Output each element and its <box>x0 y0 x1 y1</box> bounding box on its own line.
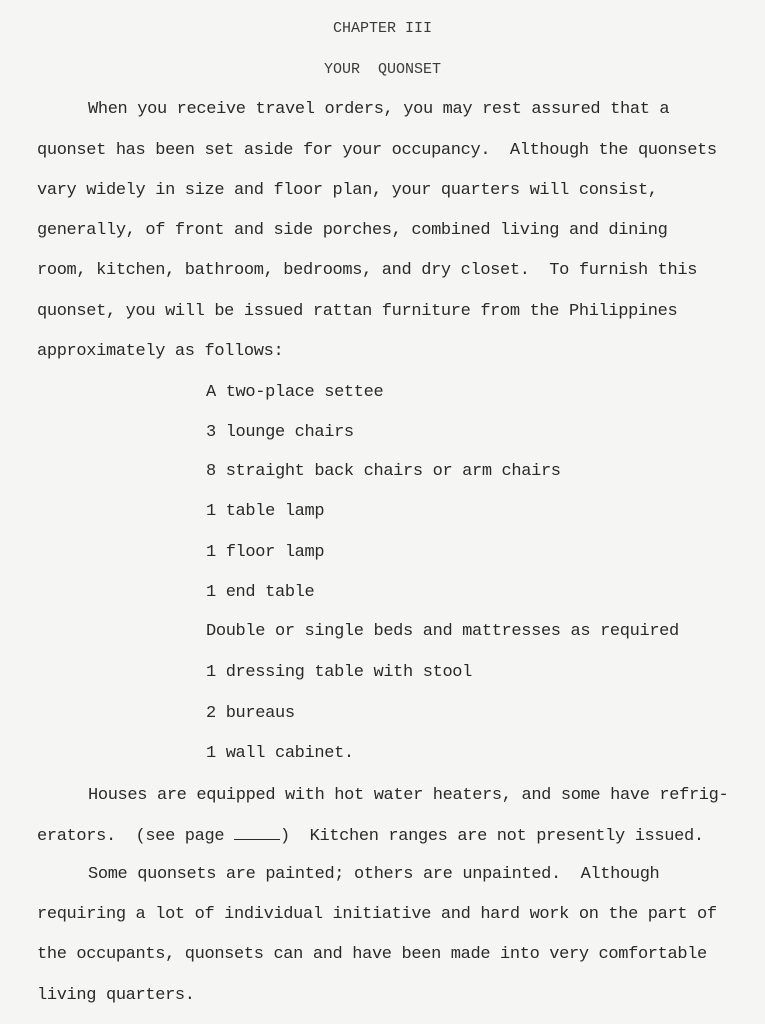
text-line: approximately as follows: <box>37 342 283 362</box>
chapter-heading: CHAPTER III <box>0 20 765 37</box>
list-item: 1 wall cabinet. <box>206 744 354 764</box>
list-item: 1 dressing table with stool <box>206 663 472 683</box>
text-line: vary widely in size and floor plan, your… <box>37 181 658 201</box>
list-item: 1 table lamp <box>206 502 324 522</box>
text-line: When you receive travel orders, you may … <box>88 100 669 120</box>
text-line: Some quonsets are painted; others are un… <box>88 865 659 885</box>
chapter-title: YOUR QUONSET <box>0 61 765 78</box>
text-line: quonset, you will be issued rattan furni… <box>37 302 677 322</box>
text-segment: erators. (see page <box>37 827 234 846</box>
list-item: Double or single beds and mattresses as … <box>206 622 679 642</box>
text-line: generally, of front and side porches, co… <box>37 221 668 241</box>
list-item: 2 bureaus <box>206 704 295 724</box>
text-line: requiring a lot of individual initiative… <box>37 905 717 925</box>
text-line: quonset has been set aside for your occu… <box>37 141 717 161</box>
list-item: 1 end table <box>206 583 314 603</box>
text-line: Houses are equipped with hot water heate… <box>88 786 728 806</box>
text-line: room, kitchen, bathroom, bedrooms, and d… <box>37 261 697 281</box>
text-segment: ) Kitchen ranges are not presently issue… <box>280 827 704 846</box>
text-line: erators. (see page ) Kitchen ranges are … <box>37 825 704 847</box>
list-item: 1 floor lamp <box>206 543 324 563</box>
page-reference-blank <box>234 825 280 840</box>
typed-page: CHAPTER III YOUR QUONSET When you receiv… <box>0 0 765 1024</box>
list-item: 3 lounge chairs <box>206 423 354 443</box>
list-item: 8 straight back chairs or arm chairs <box>206 462 561 482</box>
text-line: living quarters. <box>37 986 195 1006</box>
text-line: the occupants, quonsets can and have bee… <box>37 945 707 965</box>
list-item: A two-place settee <box>206 383 383 403</box>
